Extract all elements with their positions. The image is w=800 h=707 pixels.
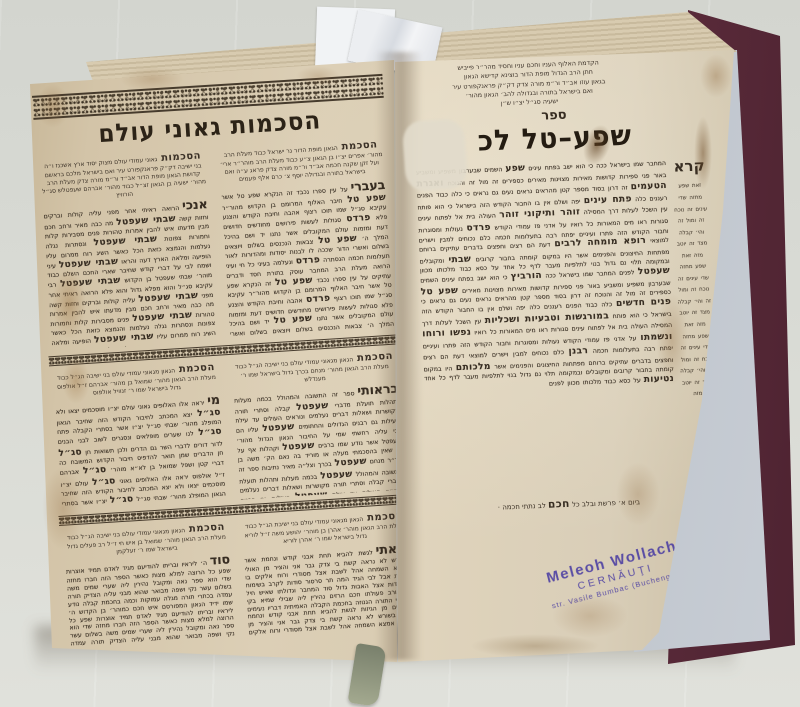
section-body: אנכיהרואה ראיתי אחר מפני עליה קולות וברק… <box>43 196 216 351</box>
approbation-row-3: הסכמת הגאון מגאוני עמודי עולם בני ישיבת … <box>57 509 419 649</box>
closing-prefix: ביום א׳ פרשת ובלב כל <box>572 499 640 510</box>
dense-text: הרואה ראיתי אחר מפני עליה קולות וברקים ו… <box>43 205 216 352</box>
section-body: מייראה אלו האלופים גאוני עולם יצ״ו מוסכמ… <box>55 392 226 511</box>
section-heading-word: הסכמת <box>189 522 226 535</box>
closing-suffix: לב נתתי חכמה · <box>498 502 546 512</box>
book-photograph: הסכמות גאוני עולם הסכמת הגאון מופת הדור … <box>0 0 800 707</box>
section-lead-word: סוד <box>209 551 230 567</box>
dense-text: על עין ספרו נכבד זה הנקרא שפע טל אשר שפע… <box>221 186 394 340</box>
approbation-row-1: הסכמת הגאון מופת הדור נר ישראל כבוד מעלת… <box>34 138 400 352</box>
margin-keyword: קרא <box>672 157 707 176</box>
section-lead-word: מי <box>207 392 221 408</box>
section-body: סודה׳ ליראיו ובריתו להודיעם מגיד לאדם תמ… <box>65 551 235 648</box>
section-heading-word: הסכמת <box>179 362 216 375</box>
approbation-section: הסכמת הגאון מגאוני עמודי עולם בני ישיבה … <box>63 520 235 648</box>
approbation-section: הסכמות גאוני עמודי עולם מצוק יסוד ארץ אש… <box>40 149 216 351</box>
approbation-section: הסכמת הגאון מופת הדור נר ישראל כבוד מעלת… <box>218 138 394 340</box>
title-page-text: קרא זאת שפע מחזה שדי עינים זה נוכח זה ומ… <box>406 157 718 498</box>
main-dense-text: המחבר שמו בישראל ככה כי הוא ישב בפתח עינ… <box>416 158 678 497</box>
approbation-row-2: הסכמת הגאון מגאוני עמודי עולם בני ישיבה … <box>47 349 410 511</box>
dense-text: ה׳ ליראיו ובריתו להודיעם מגיד לאדם תמיד … <box>66 560 235 649</box>
section-lead-word: אנכי <box>182 196 208 213</box>
left-page-content: הסכמות גאוני עולם הסכמת הגאון מופת הדור … <box>30 74 419 655</box>
gutter-shadow <box>376 52 422 660</box>
dense-text: יראה אלו האלופים גאוני עולם יצ״ו מוסכמים… <box>56 400 227 511</box>
section-heading-word: הסכמת <box>341 139 378 152</box>
section-body: בעבריעל עין ספרו נכבד זה הנקרא שפע טל אש… <box>221 177 395 340</box>
dedication-block: הקדמת האלוף העניו וחכם עניו וחסיד מהר״ר … <box>440 58 618 111</box>
approbation-section: הסכמת הגאון מגאוני עמודי עולם בני ישיבה … <box>53 361 226 511</box>
closing-emphasis: חכם <box>548 498 570 511</box>
